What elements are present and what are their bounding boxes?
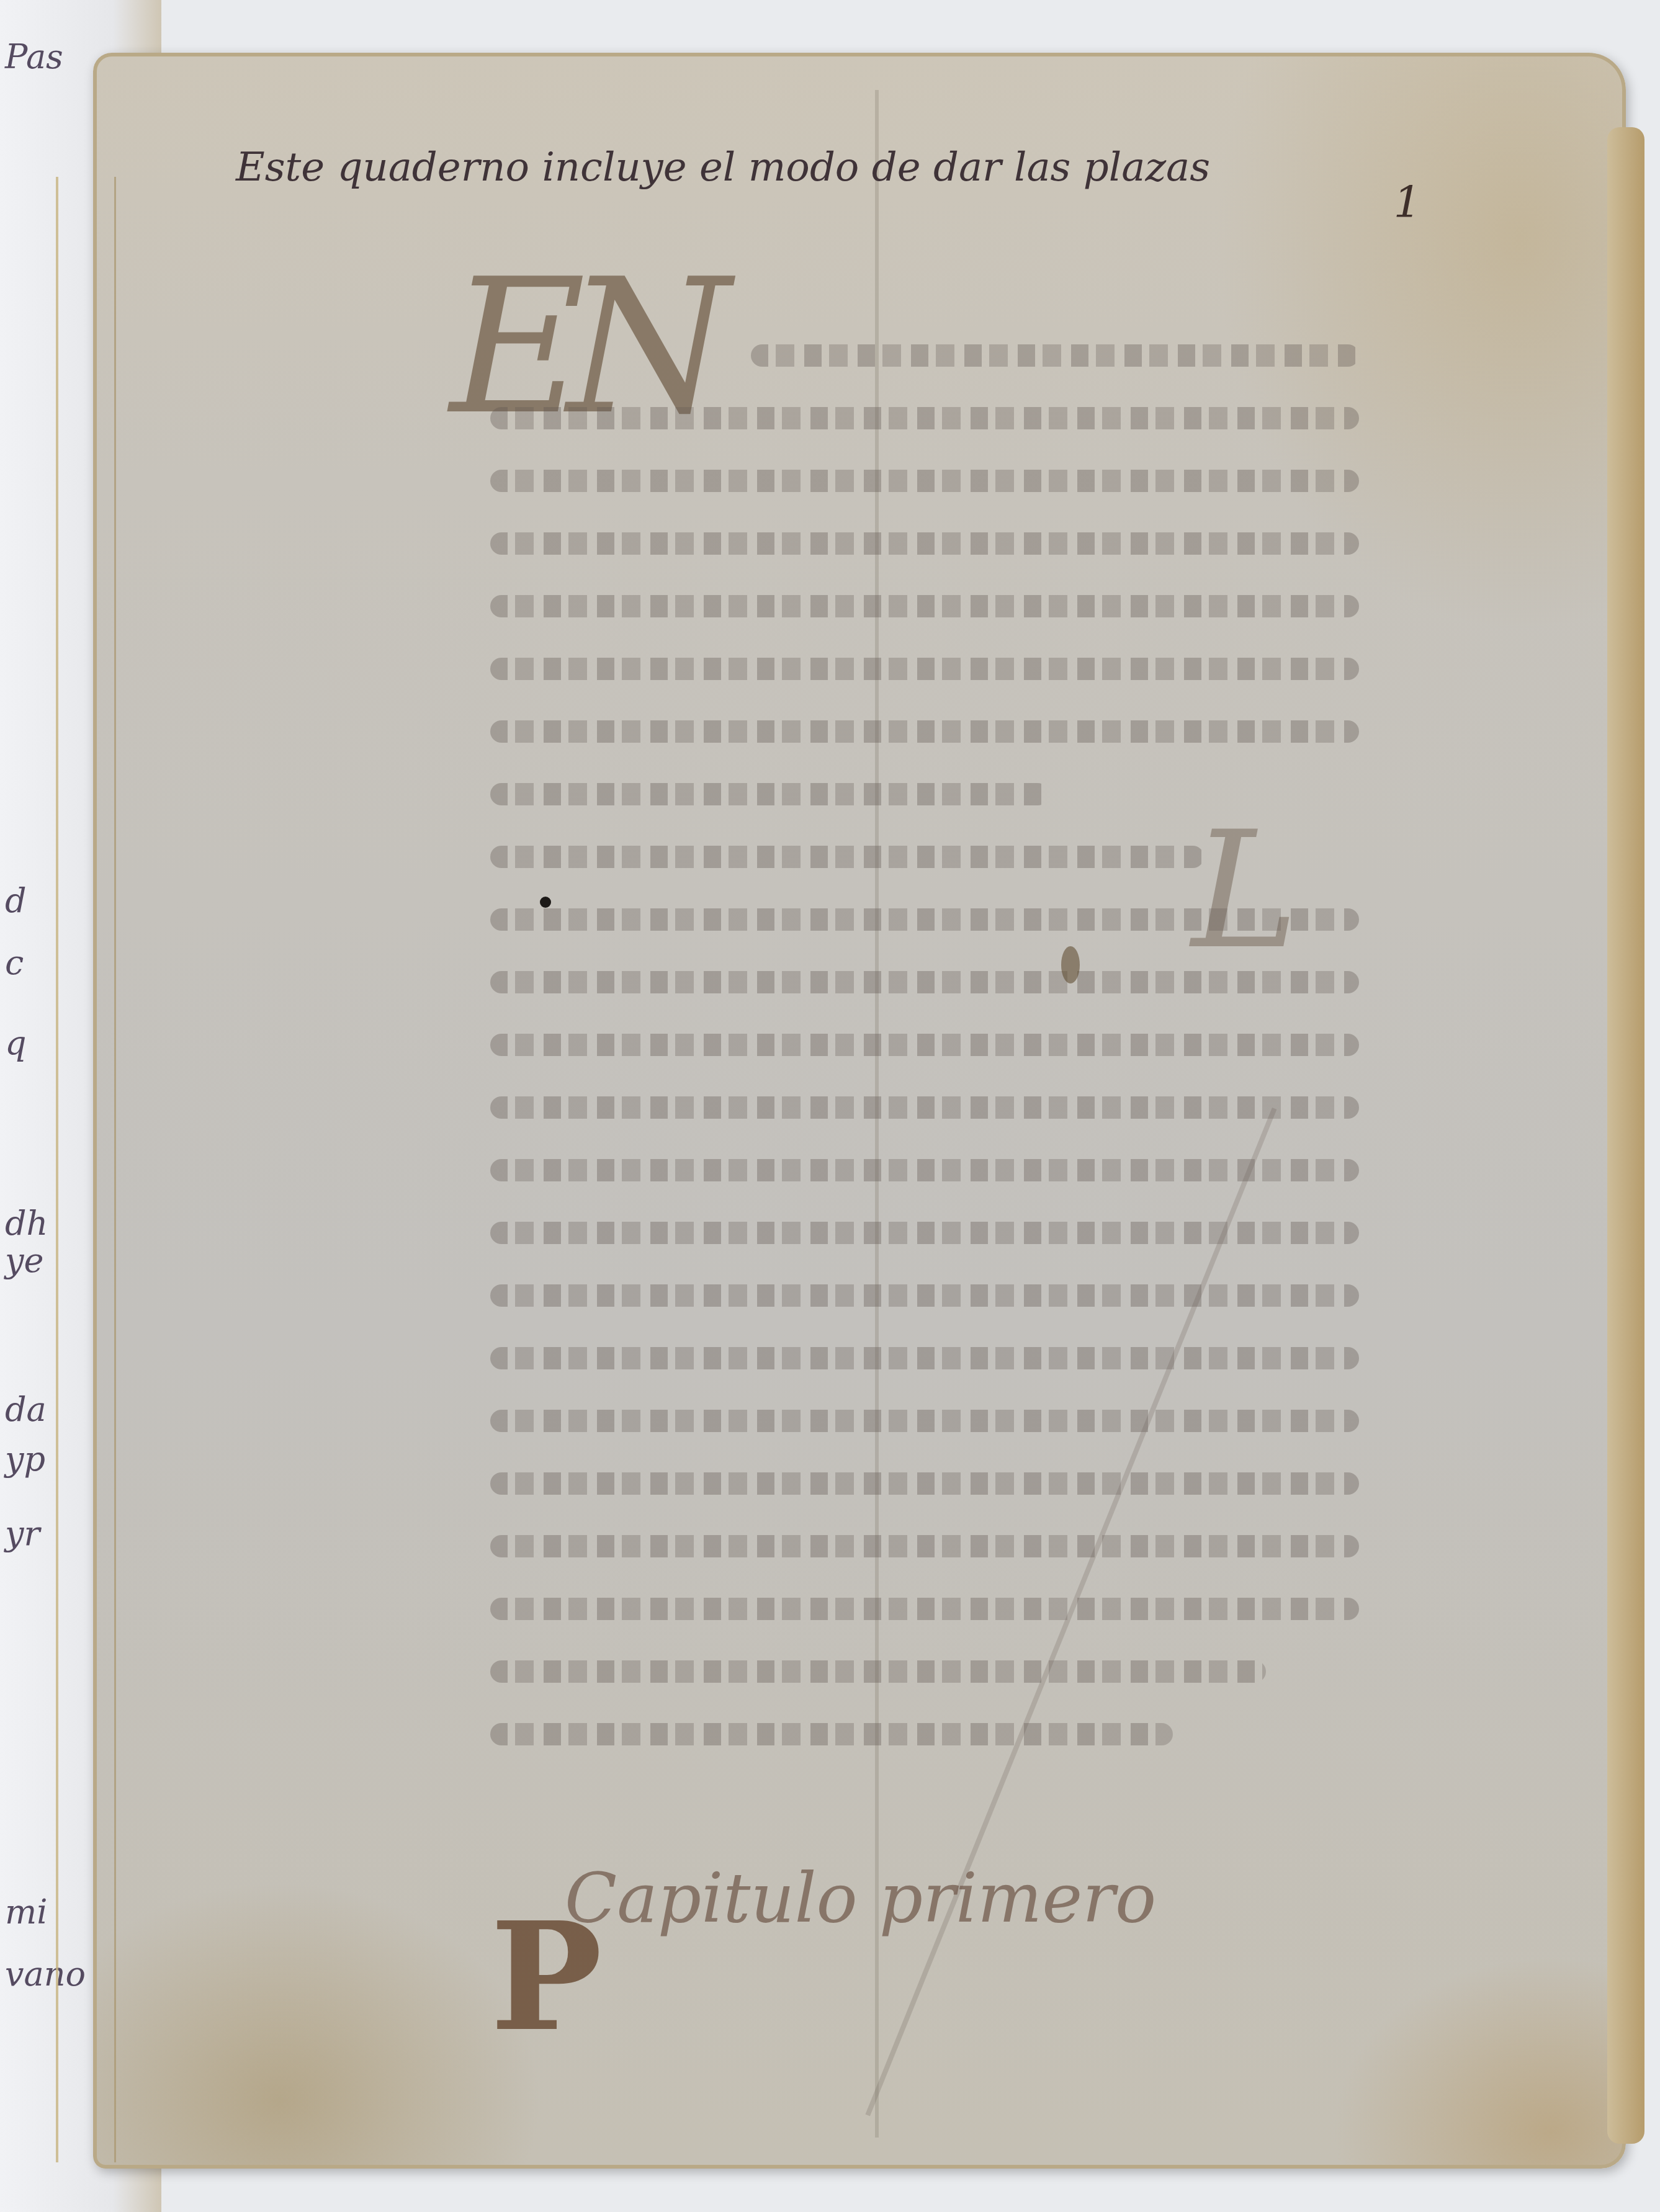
text-line [490, 470, 1359, 492]
text-line [490, 1159, 1359, 1181]
ink-dot [540, 897, 551, 908]
folio-number: 1 [1393, 177, 1421, 228]
underlying-text-fragment: Pas [5, 37, 63, 76]
text-line [490, 1222, 1359, 1244]
text-line [490, 1472, 1359, 1495]
margin-note: Este quaderno incluye el modo de dar las… [236, 143, 1415, 192]
text-line [490, 1535, 1359, 1557]
underlying-text-fragment: c [5, 943, 24, 982]
ink-stain [1061, 946, 1080, 983]
text-line [490, 971, 1359, 993]
text-line [490, 407, 1359, 429]
text-line [490, 1034, 1359, 1056]
text-line [490, 1410, 1359, 1432]
text-line [490, 783, 1049, 805]
underlying-text-fragment: da [5, 1390, 47, 1429]
text-line [751, 344, 1359, 367]
text-line [490, 720, 1359, 743]
underlying-text-fragment: yr [5, 1514, 40, 1553]
text-line [490, 1660, 1266, 1683]
text-line [490, 1598, 1359, 1620]
underlying-text-fragment: dh [5, 1204, 48, 1243]
frayed-right-edge [1607, 127, 1644, 2144]
text-line [490, 1347, 1359, 1369]
text-line [490, 658, 1359, 680]
faded-body-text [490, 344, 1359, 1786]
text-line [490, 1723, 1173, 1745]
underlying-text-fragment: yp [5, 1440, 45, 1479]
text-line [490, 1284, 1359, 1307]
binding-threads [56, 177, 116, 2162]
underlying-text-fragment: d [5, 881, 27, 920]
decorated-initial-p: P [490, 1889, 602, 2064]
chapter-heading: Capitulo primero [565, 1858, 1156, 1938]
underlying-text-fragment: ye [5, 1241, 43, 1280]
text-line [490, 846, 1204, 868]
text-line [490, 532, 1359, 555]
underlying-text-fragment: mi [5, 1892, 47, 1932]
text-line [490, 908, 1359, 931]
parchment-leaf: Este quaderno incluye el modo de dar las… [93, 53, 1626, 2169]
text-line [490, 595, 1359, 617]
underlying-text-fragment: q [5, 1024, 27, 1063]
text-line [490, 1096, 1359, 1119]
